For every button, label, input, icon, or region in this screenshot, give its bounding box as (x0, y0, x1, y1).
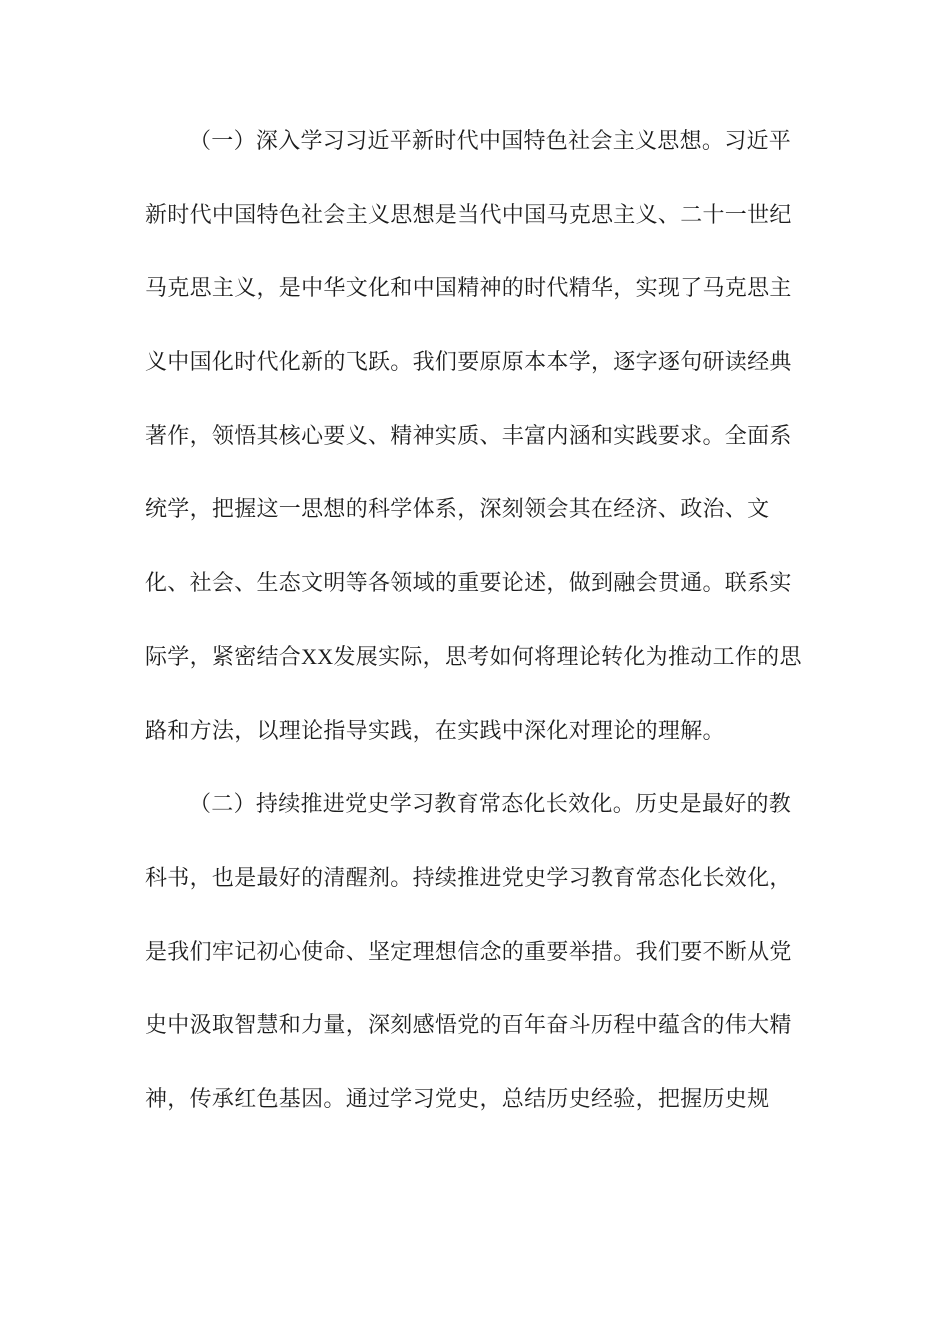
text-line: 路和方法，以理论指导实践，在实践中深化对理论的理解。 (145, 694, 800, 768)
text-line: 神，传承红色基因。通过学习党史，总结历史经验，把握历史规 (145, 1062, 800, 1136)
text-line: 新时代中国特色社会主义思想是当代中国马克思主义、二十一世纪 (145, 178, 800, 252)
document-page: （一）深入学习习近平新时代中国特色社会主义思想。习近平 新时代中国特色社会主义思… (0, 0, 950, 1344)
text-line: 科书，也是最好的清醒剂。持续推进党史学习教育常态化长效化， (145, 841, 800, 915)
text-line: （二）持续推进党史学习教育常态化长效化。历史是最好的教 (145, 767, 800, 841)
text-line: 是我们牢记初心使命、坚定理想信念的重要举措。我们要不断从党 (145, 915, 800, 989)
text-line: 义中国化时代化新的飞跃。我们要原原本本学，逐字逐句研读经典 (145, 325, 800, 399)
text-line: 际学，紧密结合XX发展实际，思考如何将理论转化为推动工作的思 (145, 620, 800, 694)
text-line: 马克思主义，是中华文化和中国精神的时代精华，实现了马克思主 (145, 251, 800, 325)
paragraph-2: （二）持续推进党史学习教育常态化长效化。历史是最好的教 科书，也是最好的清醒剂。… (145, 767, 800, 1135)
text-line: 著作，领悟其核心要义、精神实质、丰富内涵和实践要求。全面系 (145, 399, 800, 473)
paragraph-1: （一）深入学习习近平新时代中国特色社会主义思想。习近平 新时代中国特色社会主义思… (145, 104, 800, 767)
text-line: 化、社会、生态文明等各领域的重要论述，做到融会贯通。联系实 (145, 546, 800, 620)
text-line: （一）深入学习习近平新时代中国特色社会主义思想。习近平 (145, 104, 800, 178)
document-body: （一）深入学习习近平新时代中国特色社会主义思想。习近平 新时代中国特色社会主义思… (145, 104, 800, 1136)
text-line: 史中汲取智慧和力量，深刻感悟党的百年奋斗历程中蕴含的伟大精 (145, 988, 800, 1062)
text-line: 统学，把握这一思想的科学体系，深刻领会其在经济、政治、文 (145, 472, 800, 546)
